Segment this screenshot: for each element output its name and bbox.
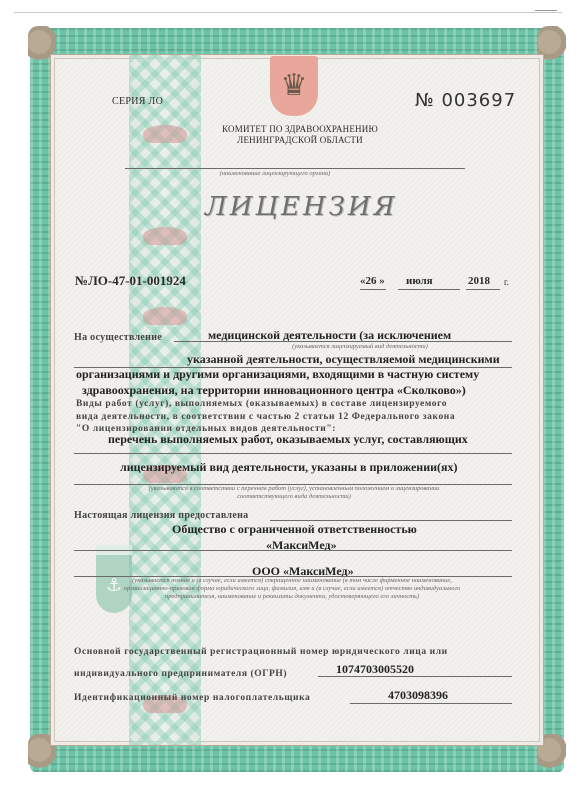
ribbon-ornament [143, 307, 187, 325]
works-line: перечень выполняемых работ, оказываемых … [108, 432, 468, 447]
works-label-line: Виды работ (услуг), выполняемых (оказыва… [76, 398, 455, 411]
licensee-label: Настоящая лицензия предоставлена [74, 510, 248, 521]
date-month: июля [406, 275, 433, 287]
activity-caption: (указывается лицензируемый вид деятельно… [290, 343, 430, 351]
document-title: ЛИЦЕНЗИЯ [205, 192, 398, 222]
form-number: № 003697 [415, 90, 516, 111]
authority-caption: (наименование лицензирующего органа) [195, 170, 355, 178]
works-underline [74, 453, 512, 454]
ogrn-label-line: Основной государственный регистрационный… [74, 641, 448, 663]
licensee-caption-line: предпринимателя, наименование и реквизит… [62, 593, 522, 601]
works-caption-line: соответствующего вида деятельности) [84, 493, 504, 501]
license-number: №ЛО-47-01-001924 [75, 273, 186, 289]
activity-line: указанной деятельности, осуществляемой м… [187, 352, 500, 367]
scan-mark [535, 10, 557, 11]
licensee-caption: (указывается полное и (в случае, если им… [62, 577, 522, 601]
coat-of-arms-icon: ♛ [270, 56, 318, 116]
authority-line: ЛЕНИНГРАДСКОЙ ОБЛАСТИ [190, 135, 410, 146]
authority-line: КОМИТЕТ ПО ЗДРАВООХРАНЕНИЮ [190, 124, 410, 135]
inn-label: Идентификационный номер налогоплательщик… [74, 692, 310, 705]
activity-label: На осуществление [74, 332, 162, 343]
works-caption: (указываются в соответствии с перечнем р… [84, 485, 504, 501]
activity-line: здравоохранения, на территории инновацио… [82, 383, 466, 398]
authority-underline [125, 168, 465, 169]
inn-value: 4703098396 [388, 688, 448, 703]
ogrn-value: 1074703005520 [336, 662, 414, 677]
date-year-suffix: г. [504, 277, 509, 287]
licensee-caption-line: организационно-правовая форма юридическо… [62, 585, 522, 593]
ribbon-ornament [143, 227, 187, 245]
activity-line: организациями и другими организациями, в… [76, 367, 479, 382]
licensee-underline [74, 550, 512, 551]
works-line: лицензируемый вид деятельности, указаны … [120, 460, 458, 475]
works-label-line: вида деятельности, в соответствии с част… [76, 411, 455, 424]
issuing-authority: КОМИТЕТ ПО ЗДРАВООХРАНЕНИЮ ЛЕНИНГРАДСКОЙ… [190, 124, 410, 146]
date-month-underline [398, 289, 460, 290]
series-label: СЕРИЯ ЛО [112, 96, 163, 107]
licensee-full-name: Общество с ограниченной ответственностью [172, 522, 417, 537]
date-year: 2018 [468, 275, 490, 287]
inn-underline [350, 703, 512, 704]
date-day: «26 » [360, 275, 385, 287]
date-year-underline [466, 289, 500, 290]
activity-underline [174, 341, 512, 342]
ribbon-ornament [143, 125, 187, 143]
licensee-underline [270, 520, 512, 521]
double-headed-eagle-icon: ♛ [281, 71, 308, 101]
ogrn-underline [318, 676, 512, 677]
works-caption-line: (указываются в соответствии с перечнем р… [84, 485, 504, 493]
date-day-underline [360, 289, 386, 290]
works-label: Виды работ (услуг), выполняемых (оказыва… [76, 398, 455, 436]
scan-edge-line [14, 12, 562, 13]
licensee-caption-line: (указывается полное и (в случае, если им… [62, 577, 522, 585]
